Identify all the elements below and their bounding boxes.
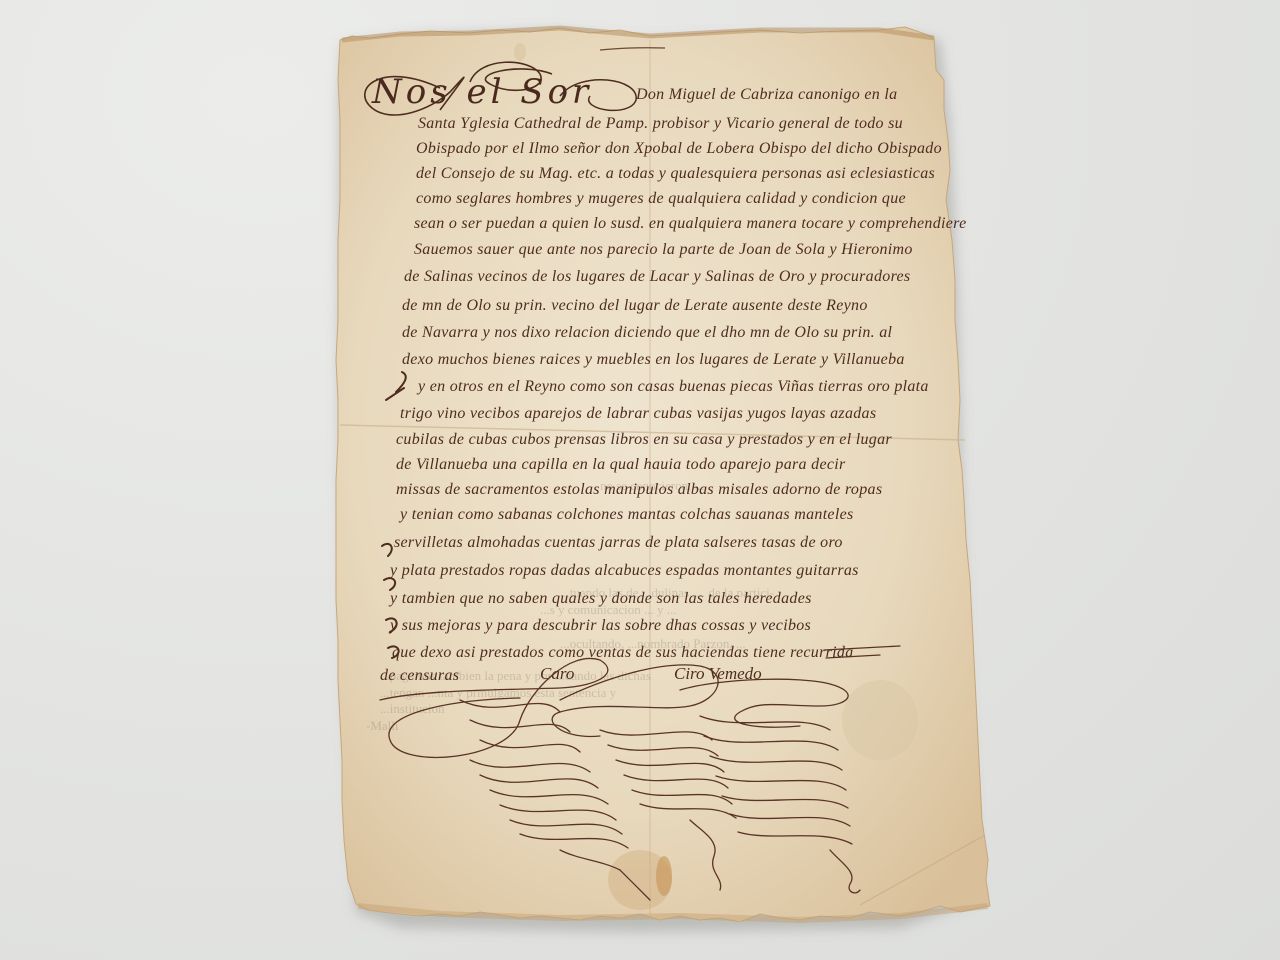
manuscript-line: y plata prestados ropas dadas alcabuces … — [390, 562, 859, 580]
manuscript-line: de Villanueba una capilla en la qual hau… — [396, 456, 846, 474]
manuscript-line: que dexo asi prestados como ventas de su… — [392, 644, 854, 662]
manuscript-line: de censuras — [380, 667, 459, 685]
manuscript-line: y tenian como sabanas colchones mantas c… — [400, 506, 854, 524]
signature-name: Ciro Vemedo — [674, 664, 762, 684]
manuscript-text: Nos el Sor Don Miguel de Cabriza canonig… — [0, 0, 1280, 960]
manuscript-line: Santa Yglesia Cathedral de Pamp. probiso… — [418, 115, 903, 133]
manuscript-line: trigo vino vecibos aparejos de labrar cu… — [400, 405, 876, 423]
manuscript-line: dexo muchos bienes raices y muebles en l… — [402, 351, 905, 369]
manuscript-line: y tambien que no saben quales y donde so… — [390, 590, 812, 608]
title-flourish: Nos el Sor — [372, 72, 592, 112]
manuscript-line: de Salinas vecinos de los lugares de Lac… — [404, 268, 910, 286]
manuscript-line: sean o ser puedan a quien lo susd. en qu… — [414, 215, 967, 233]
manuscript-line: missas de sacramentos estolas manipulos … — [396, 481, 882, 499]
manuscript-line: de mn de Olo su prin. vecino del lugar d… — [402, 297, 868, 315]
signature-name: Caro — [540, 664, 574, 684]
manuscript-line: como seglares hombres y mugeres de qualq… — [416, 190, 906, 208]
manuscript-line: Sauemos sauer que ante nos parecio la pa… — [414, 241, 913, 259]
manuscript-line: y sus mejoras y para descubrir las sobre… — [390, 617, 811, 635]
manuscript-line: y en otros en el Reyno como son casas bu… — [418, 378, 929, 396]
manuscript-line: cubilas de cubas cubos prensas libros en… — [396, 431, 892, 449]
manuscript-line: de Navarra y nos dixo relacion diciendo … — [402, 324, 892, 342]
photo-scene: no se conocieron, ...... ...tuando las d… — [0, 0, 1280, 960]
manuscript-line: servilletas almohadas cuentas jarras de … — [394, 534, 843, 552]
manuscript-line: Obispado por el Ilmo señor don Xpobal de… — [416, 140, 942, 158]
manuscript-line: del Consejo de su Mag. etc. a todas y qu… — [416, 165, 935, 183]
manuscript-line: Don Miguel de Cabriza canonigo en la — [636, 86, 897, 104]
